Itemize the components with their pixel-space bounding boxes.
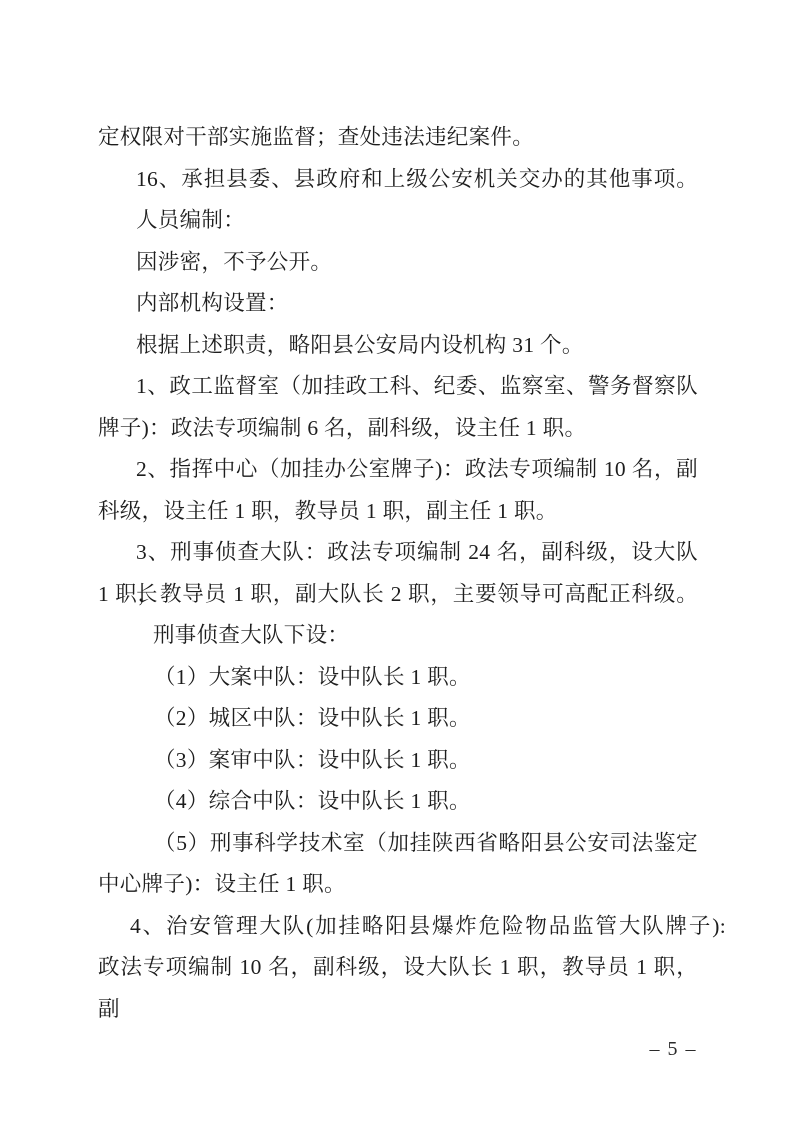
text-line: （1）大案中队：设中队长 1 职。	[98, 657, 698, 699]
text-line: 定权限对干部实施监督；查处违法违纪案件。	[98, 117, 698, 159]
text-line: 人员编制：	[98, 200, 698, 242]
text-line: 1 职，教导员 1 职，副大队长 2 职，主要领导可高配正科级。	[98, 574, 698, 616]
text-line: 政法专项编制 10 名，副科级，设大队长 1 职，教导员 1 职，副	[98, 947, 698, 989]
page-number: – 5 –	[0, 1039, 697, 1059]
text-line: （4）综合中队：设中队长 1 职。	[98, 781, 698, 823]
text-line: 刑事侦查大队下设：	[98, 615, 698, 657]
text-line: 内部机构设置：	[98, 283, 698, 325]
text-line: （3）案审中队：设中队长 1 职。	[98, 740, 698, 782]
text-line: 科级，设主任 1 职，教导员 1 职，副主任 1 职。	[98, 491, 698, 533]
text-line: 2、指挥中心（加挂办公室牌子)：政法专项编制 10 名，副	[98, 449, 698, 491]
text-line: 中心牌子)：设主任 1 职。	[98, 864, 698, 906]
text-line: 16、承担县委、县政府和上级公安机关交办的其他事项。	[98, 159, 698, 201]
text-line: 1、政工监督室（加挂政工科、纪委、监察室、警务督察队	[98, 366, 698, 408]
text-line: 3、刑事侦查大队：政法专项编制 24 名，副科级，设大队长	[98, 532, 698, 574]
text-line: （5）刑事科学技术室（加挂陕西省略阳县公安司法鉴定	[98, 823, 698, 865]
document-body: 定权限对干部实施监督；查处违法违纪案件。16、承担县委、县政府和上级公安机关交办…	[98, 117, 698, 989]
text-line: 因涉密，不予公开。	[98, 242, 698, 284]
text-line: 牌子)：政法专项编制 6 名，副科级，设主任 1 职。	[98, 408, 698, 450]
text-line: （2）城区中队：设中队长 1 职。	[98, 698, 698, 740]
document-page: 定权限对干部实施监督；查处违法违纪案件。16、承担县委、县政府和上级公安机关交办…	[0, 0, 793, 1122]
text-line: 根据上述职责，略阳县公安局内设机构 31 个。	[98, 325, 698, 367]
text-line: 4、治安管理大队(加挂略阳县爆炸危险物品监管大队牌子):	[98, 906, 726, 948]
